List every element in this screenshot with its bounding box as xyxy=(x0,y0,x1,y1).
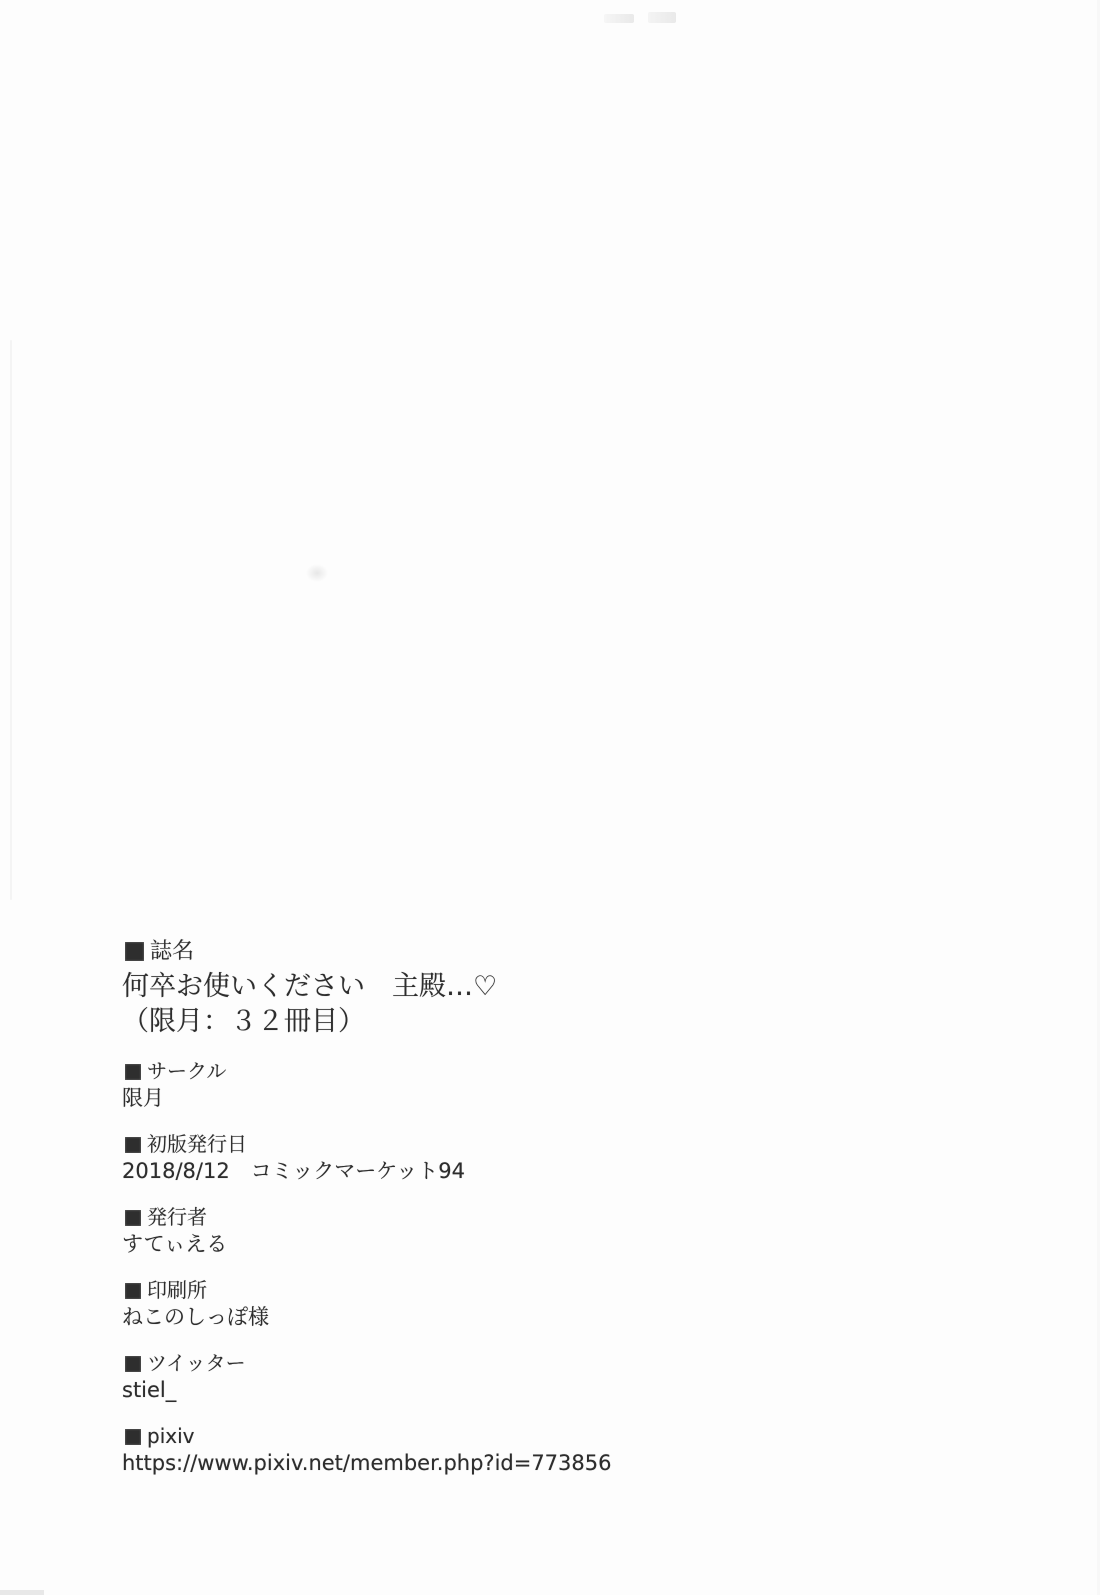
section-header: 印刷所 xyxy=(122,1277,982,1304)
section-label: 誌名 xyxy=(150,934,194,969)
section-body: stiel_ xyxy=(122,1377,982,1404)
section-body: 何卒お使いください 主殿…♡（限月：３２冊目） xyxy=(122,969,982,1039)
section-label: ツイッター xyxy=(147,1350,246,1377)
section-header: 発行者 xyxy=(122,1204,982,1231)
section-body: 限月 xyxy=(122,1085,982,1112)
square-bullet-icon xyxy=(125,1356,141,1372)
section-line: 2018/8/12 コミックマーケット94 xyxy=(122,1158,982,1185)
section-line: 何卒お使いください 主殿…♡ xyxy=(122,969,982,1004)
scan-artifact xyxy=(648,12,676,23)
colophon-section: 発行者 すてぃえる xyxy=(122,1204,982,1258)
square-bullet-icon xyxy=(125,1137,141,1153)
section-header: 初版発行日 xyxy=(122,1131,982,1158)
section-label: 初版発行日 xyxy=(147,1131,247,1158)
square-bullet-icon xyxy=(125,942,144,961)
section-body: ねこのしっぽ様 xyxy=(122,1304,982,1331)
section-label: 印刷所 xyxy=(147,1277,207,1304)
section-line: （限月：３２冊目） xyxy=(122,1004,982,1039)
section-line: https://www.pixiv.net/member.php?id=7738… xyxy=(122,1450,982,1477)
scanned-page: 誌名 何卒お使いください 主殿…♡（限月：３２冊目） サークル 限月 初版発行日… xyxy=(0,0,1100,1595)
section-line: すてぃえる xyxy=(122,1231,982,1258)
scan-artifact xyxy=(604,14,634,23)
section-header: サークル xyxy=(122,1058,982,1085)
colophon-section: サークル 限月 xyxy=(122,1058,982,1112)
section-label: サークル xyxy=(147,1058,226,1085)
section-line: stiel_ xyxy=(122,1377,982,1404)
section-body: https://www.pixiv.net/member.php?id=7738… xyxy=(122,1450,982,1477)
square-bullet-icon xyxy=(125,1429,141,1445)
square-bullet-icon xyxy=(125,1283,141,1299)
scan-artifact xyxy=(0,1590,44,1595)
section-body: すてぃえる xyxy=(122,1231,982,1258)
section-line: ねこのしっぽ様 xyxy=(122,1304,982,1331)
section-body: 2018/8/12 コミックマーケット94 xyxy=(122,1158,982,1185)
colophon-section: 印刷所 ねこのしっぽ様 xyxy=(122,1277,982,1331)
scan-artifact xyxy=(306,564,328,582)
section-line: 限月 xyxy=(122,1085,982,1112)
colophon-section: ツイッター stiel_ xyxy=(122,1350,982,1404)
colophon-section: 誌名 何卒お使いください 主殿…♡（限月：３２冊目） xyxy=(122,934,982,1039)
square-bullet-icon xyxy=(125,1210,141,1226)
section-header: pixiv xyxy=(122,1423,982,1450)
scan-artifact xyxy=(10,340,12,900)
colophon-section: 初版発行日 2018/8/12 コミックマーケット94 xyxy=(122,1131,982,1185)
section-header: 誌名 xyxy=(122,934,982,969)
section-label: 発行者 xyxy=(147,1204,207,1231)
section-label: pixiv xyxy=(147,1423,194,1450)
colophon-section: pixiv https://www.pixiv.net/member.php?i… xyxy=(122,1423,982,1477)
colophon: 誌名 何卒お使いください 主殿…♡（限月：３２冊目） サークル 限月 初版発行日… xyxy=(122,934,982,1496)
section-header: ツイッター xyxy=(122,1350,982,1377)
square-bullet-icon xyxy=(125,1064,141,1080)
